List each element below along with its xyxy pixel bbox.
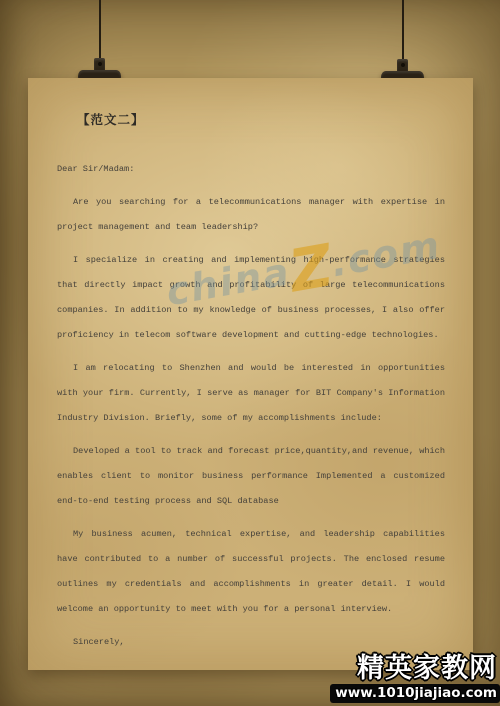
letter-salutation: Dear Sir/Madam: bbox=[57, 157, 445, 182]
site-url-bar: www.1010jiajiao.com bbox=[330, 684, 500, 703]
letter-paragraph-5: My business acumen, technical expertise,… bbox=[57, 522, 445, 622]
site-name-watermark: 精英家教网 bbox=[357, 646, 497, 685]
hanging-string-right bbox=[402, 0, 404, 62]
letter-paper: 【范文二】 Dear Sir/Madam: Are you searching … bbox=[28, 78, 473, 670]
site-url-text: www.1010jiajiao.com bbox=[335, 685, 497, 701]
letter-title: 【范文二】 bbox=[77, 110, 445, 128]
letter-scene: 【范文二】 Dear Sir/Madam: Are you searching … bbox=[0, 0, 500, 706]
letter-paragraph-3: I am relocating to Shenzhen and would be… bbox=[57, 356, 445, 431]
letter-paragraph-1: Are you searching for a telecommunicatio… bbox=[57, 190, 445, 240]
letter-body: Dear Sir/Madam: Are you searching for a … bbox=[57, 157, 445, 655]
hanging-string-left bbox=[99, 0, 101, 62]
letter-paragraph-4: Developed a tool to track and forecast p… bbox=[57, 439, 445, 514]
letter-paragraph-2: I specialize in creating and implementin… bbox=[57, 248, 445, 348]
